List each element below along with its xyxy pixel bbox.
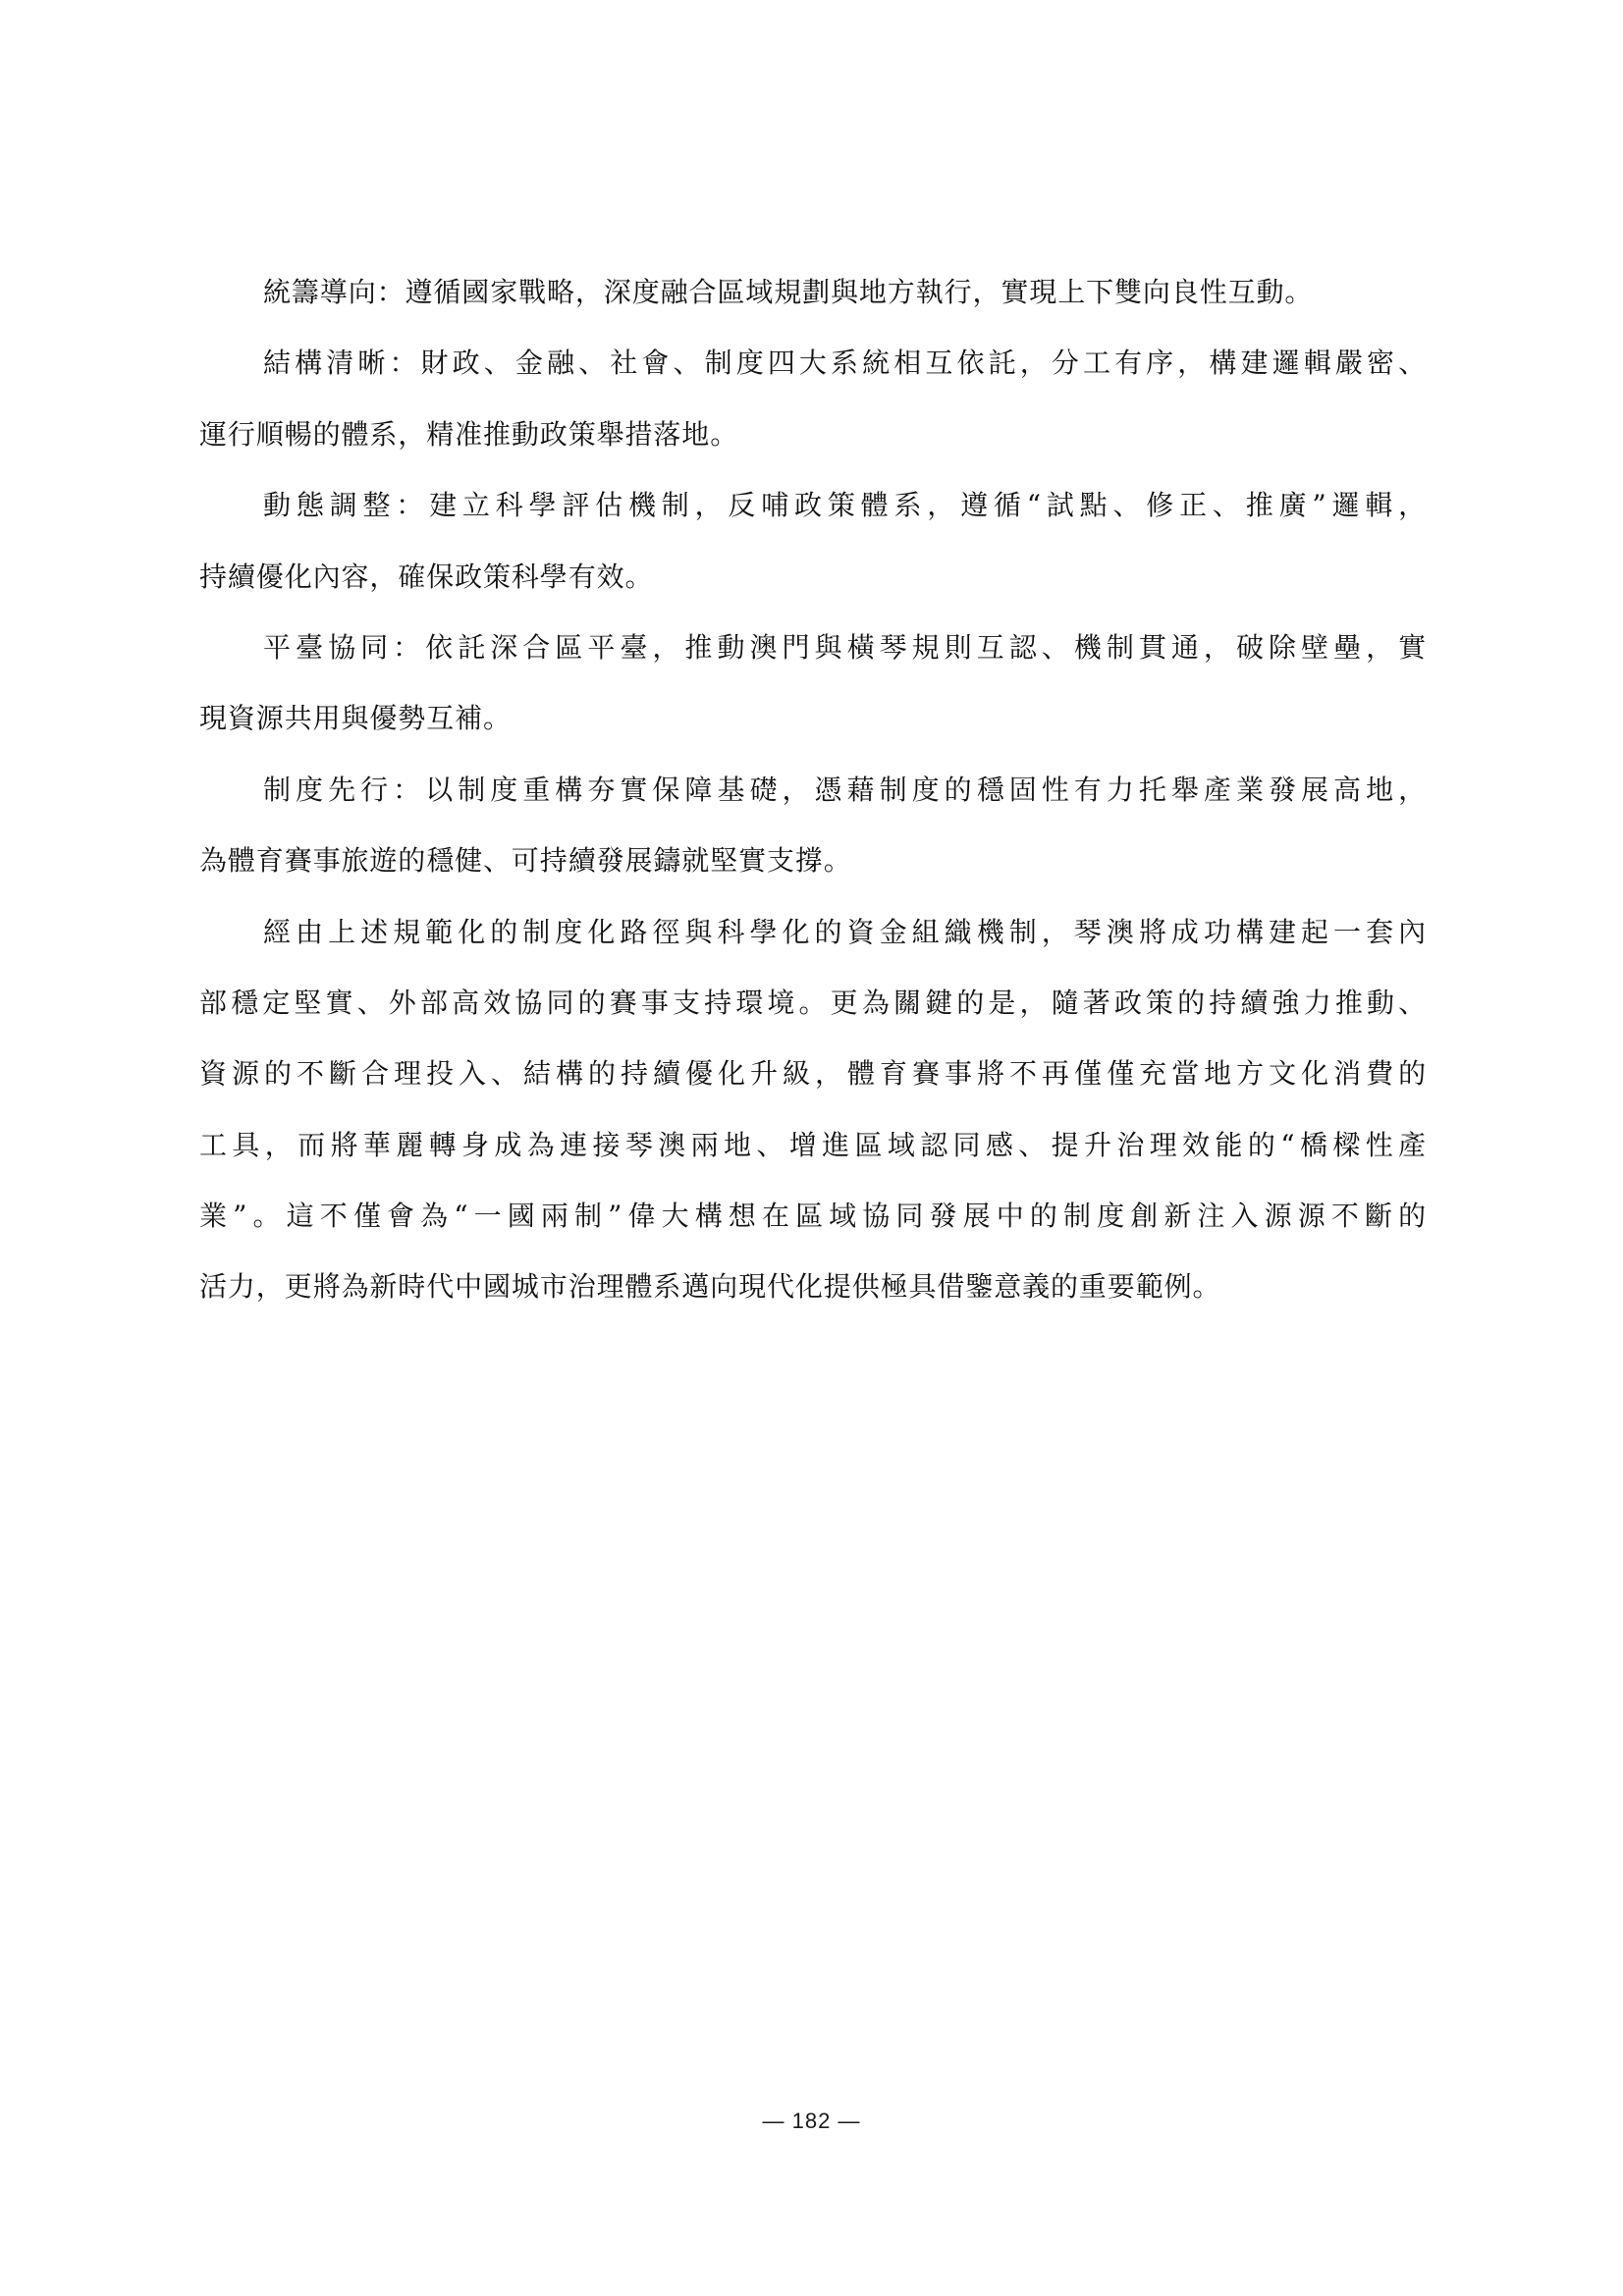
paragraph-line: 經由上述規範化的制度化路徑與科學化的資金組織機制，琴澳將成功構建起一套內 <box>199 911 1427 982</box>
paragraph-line: 為體育賽事旅遊的穩健、可持續發展鑄就堅實支撐。 <box>199 839 1427 910</box>
paragraph-dynamic: 動態調整：建立科學評估機制，反哺政策體系，遵循“試點、修正、推廣”邏輯， 持續優… <box>199 484 1427 626</box>
paragraph-line: 現資源共用與優勢互補。 <box>199 697 1427 768</box>
paragraph-line: 活力，更將為新時代中國城市治理體系邁向現代化提供極具借鑒意義的重要範例。 <box>199 1265 1427 1336</box>
paragraph-line: 運行順暢的體系，精准推動政策舉措落地。 <box>199 413 1427 484</box>
paragraph-line: 平臺協同：依託深合區平臺，推動澳門與橫琴規則互認、機制貫通，破除壁壘，實 <box>199 626 1427 697</box>
paragraph-line: 工具，而將華麗轉身成為連接琴澳兩地、增進區域認同感、提升治理效能的“橋樑性產 <box>199 1124 1427 1195</box>
paragraph-institution: 制度先行：以制度重構夯實保障基礎，憑藉制度的穩固性有力托舉產業發展高地， 為體育… <box>199 769 1427 911</box>
paragraph-line: 動態調整：建立科學評估機制，反哺政策體系，遵循“試點、修正、推廣”邏輯， <box>199 484 1427 555</box>
paragraph-line: 部穩定堅實、外部高效協同的賽事支持環境。更為關鍵的是，隨著政策的持續強力推動、 <box>199 982 1427 1052</box>
paragraph-line: 統籌導向：遵循國家戰略，深度融合區域規劃與地方執行，實現上下雙向良性互動。 <box>199 271 1427 342</box>
page-number: — 182 — <box>0 2109 1623 2134</box>
paragraph-structure: 結構清晰：財政、金融、社會、制度四大系統相互依託，分工有序，構建邏輯嚴密、 運行… <box>199 342 1427 484</box>
paragraph-line: 持續優化內容，確保政策科學有效。 <box>199 556 1427 626</box>
paragraph-conclusion: 經由上述規範化的制度化路徑與科學化的資金組織機制，琴澳將成功構建起一套內 部穩定… <box>199 911 1427 1337</box>
paragraph-coordination: 統籌導向：遵循國家戰略，深度融合區域規劃與地方執行，實現上下雙向良性互動。 <box>199 271 1427 342</box>
body-text: 統籌導向：遵循國家戰略，深度融合區域規劃與地方執行，實現上下雙向良性互動。 結構… <box>199 271 1427 1337</box>
paragraph-line: 業”。這不僅會為“一國兩制”偉大構想在區域協同發展中的制度創新注入源源不斷的 <box>199 1195 1427 1265</box>
paragraph-line: 結構清晰：財政、金融、社會、制度四大系統相互依託，分工有序，構建邏輯嚴密、 <box>199 342 1427 412</box>
document-page: 統籌導向：遵循國家戰略，深度融合區域規劃與地方執行，實現上下雙向良性互動。 結構… <box>0 0 1623 2296</box>
paragraph-line: 制度先行：以制度重構夯實保障基礎，憑藉制度的穩固性有力托舉產業發展高地， <box>199 769 1427 839</box>
paragraph-platform: 平臺協同：依託深合區平臺，推動澳門與橫琴規則互認、機制貫通，破除壁壘，實 現資源… <box>199 626 1427 769</box>
paragraph-line: 資源的不斷合理投入、結構的持續優化升級，體育賽事將不再僅僅充當地方文化消費的 <box>199 1052 1427 1123</box>
